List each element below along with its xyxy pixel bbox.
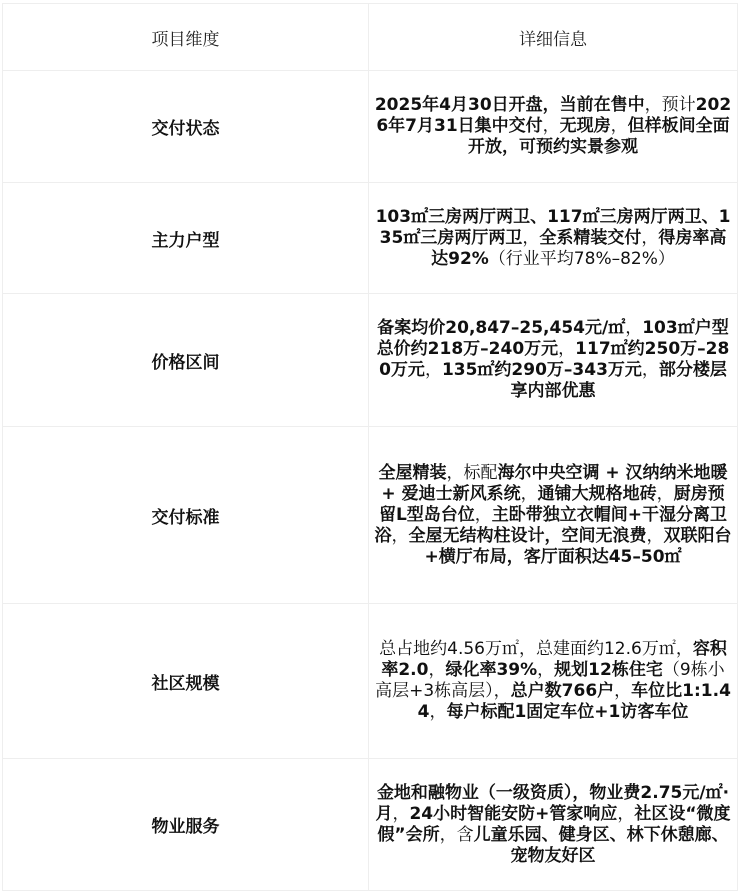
detail-text: ，: [428, 660, 445, 680]
detail-text-bold: 135㎡约290万–343万元: [442, 360, 642, 380]
table-row: 价格区间备案均价20,847–25,454元/㎡，103㎡户型总价约218万–2…: [3, 294, 738, 427]
detail-text: ，: [475, 505, 492, 525]
detail-text-bold: 规划12栋住宅: [554, 660, 663, 680]
detail-text-bold: 儿童乐园、健身区、林下休憩廊、宠物友好区: [474, 825, 729, 866]
detail-text: ，: [392, 804, 409, 824]
detail-text: ，: [429, 702, 446, 722]
header-dimension: 项目维度: [3, 4, 369, 71]
row-dimension-cell: 主力户型: [3, 183, 369, 294]
detail-text: ，: [521, 484, 538, 504]
detail-text: ，: [558, 339, 575, 359]
detail-text-bold: 总户数766户: [511, 681, 615, 701]
detail-text: ，含: [440, 825, 474, 845]
detail-text-bold: 全屋精装: [378, 463, 446, 483]
table-row: 交付状态2025年4月30日开盘，当前在售中，预计2026年7月31日集中交付，…: [3, 71, 738, 183]
detail-text: ，: [617, 804, 634, 824]
row-dimension-cell: 交付标准: [3, 427, 369, 604]
row-dimension-cell: 物业服务: [3, 759, 369, 891]
detail-text-bold: 24小时智能安防+管家响应: [409, 804, 617, 824]
detail-text: ，: [641, 228, 658, 248]
detail-text-bold: 全屋无结构柱设计，空间无浪费: [409, 526, 647, 546]
detail-text-bold: 无现房: [560, 116, 611, 136]
detail-text: ，: [425, 360, 442, 380]
detail-text: （行业平均78%–82%）: [489, 249, 675, 269]
detail-text: ，: [611, 116, 628, 136]
detail-text: ，: [543, 116, 560, 136]
table-row: 交付标准全屋精装，标配海尔中央空调 + 汉纳纳米地暖 + 爱迪士新风系统，通铺大…: [3, 427, 738, 604]
detail-text: ，: [614, 681, 631, 701]
detail-text: 总占地约4.56万㎡，总建面约12.6万㎡，: [379, 639, 693, 659]
row-dimension-cell: 社区规模: [3, 604, 369, 759]
detail-text: ，: [522, 228, 539, 248]
row-detail-cell: 金地和融物业（一级资质），物业费2.75元/㎡·月，24小时智能安防+管家响应，…: [369, 759, 738, 891]
row-dimension-cell: 交付状态: [3, 71, 369, 183]
detail-text-bold: 通铺大规格地砖: [538, 484, 657, 504]
detail-text: ，标配: [446, 463, 497, 483]
table-header-row: 项目维度 详细信息: [3, 4, 738, 71]
row-detail-cell: 103㎡三房两厅两卫、117㎡三房两厅两卫、135㎡三房两厅两卫，全系精装交付，…: [369, 183, 738, 294]
detail-text: ，: [642, 360, 659, 380]
row-detail-cell: 全屋精装，标配海尔中央空调 + 汉纳纳米地暖 + 爱迪士新风系统，通铺大规格地砖…: [369, 427, 738, 604]
detail-text: ，: [625, 318, 642, 338]
header-details: 详细信息: [369, 4, 738, 71]
detail-text: ，: [537, 660, 554, 680]
project-info-table-wrapper: 项目维度 详细信息 交付状态2025年4月30日开盘，当前在售中，预计2026年…: [2, 3, 737, 891]
row-dimension-cell: 价格区间: [3, 294, 369, 427]
detail-text: ，: [657, 484, 674, 504]
table-row: 主力户型103㎡三房两厅两卫、117㎡三房两厅两卫、135㎡三房两厅两卫，全系精…: [3, 183, 738, 294]
project-info-table: 项目维度 详细信息 交付状态2025年4月30日开盘，当前在售中，预计2026年…: [2, 3, 738, 891]
detail-text-bold: 全系精装交付: [539, 228, 641, 248]
detail-text: ，: [392, 526, 409, 546]
detail-text: ，预计: [645, 95, 696, 115]
row-detail-cell: 备案均价20,847–25,454元/㎡，103㎡户型总价约218万–240万元…: [369, 294, 738, 427]
detail-text-bold: 每户标配1固定车位+1访客车位: [446, 702, 688, 722]
table-row: 社区规模总占地约4.56万㎡，总建面约12.6万㎡，容积率2.0，绿化率39%，…: [3, 604, 738, 759]
table-row: 物业服务金地和融物业（一级资质），物业费2.75元/㎡·月，24小时智能安防+管…: [3, 759, 738, 891]
detail-text-bold: 2025年4月30日开盘，当前在售中: [375, 95, 645, 115]
detail-text-bold: 备案均价20,847–25,454元/㎡: [377, 318, 625, 338]
row-detail-cell: 总占地约4.56万㎡，总建面约12.6万㎡，容积率2.0，绿化率39%，规划12…: [369, 604, 738, 759]
row-detail-cell: 2025年4月30日开盘，当前在售中，预计2026年7月31日集中交付，无现房，…: [369, 71, 738, 183]
detail-text-bold: 绿化率39%: [445, 660, 537, 680]
detail-text: ，: [647, 526, 664, 546]
